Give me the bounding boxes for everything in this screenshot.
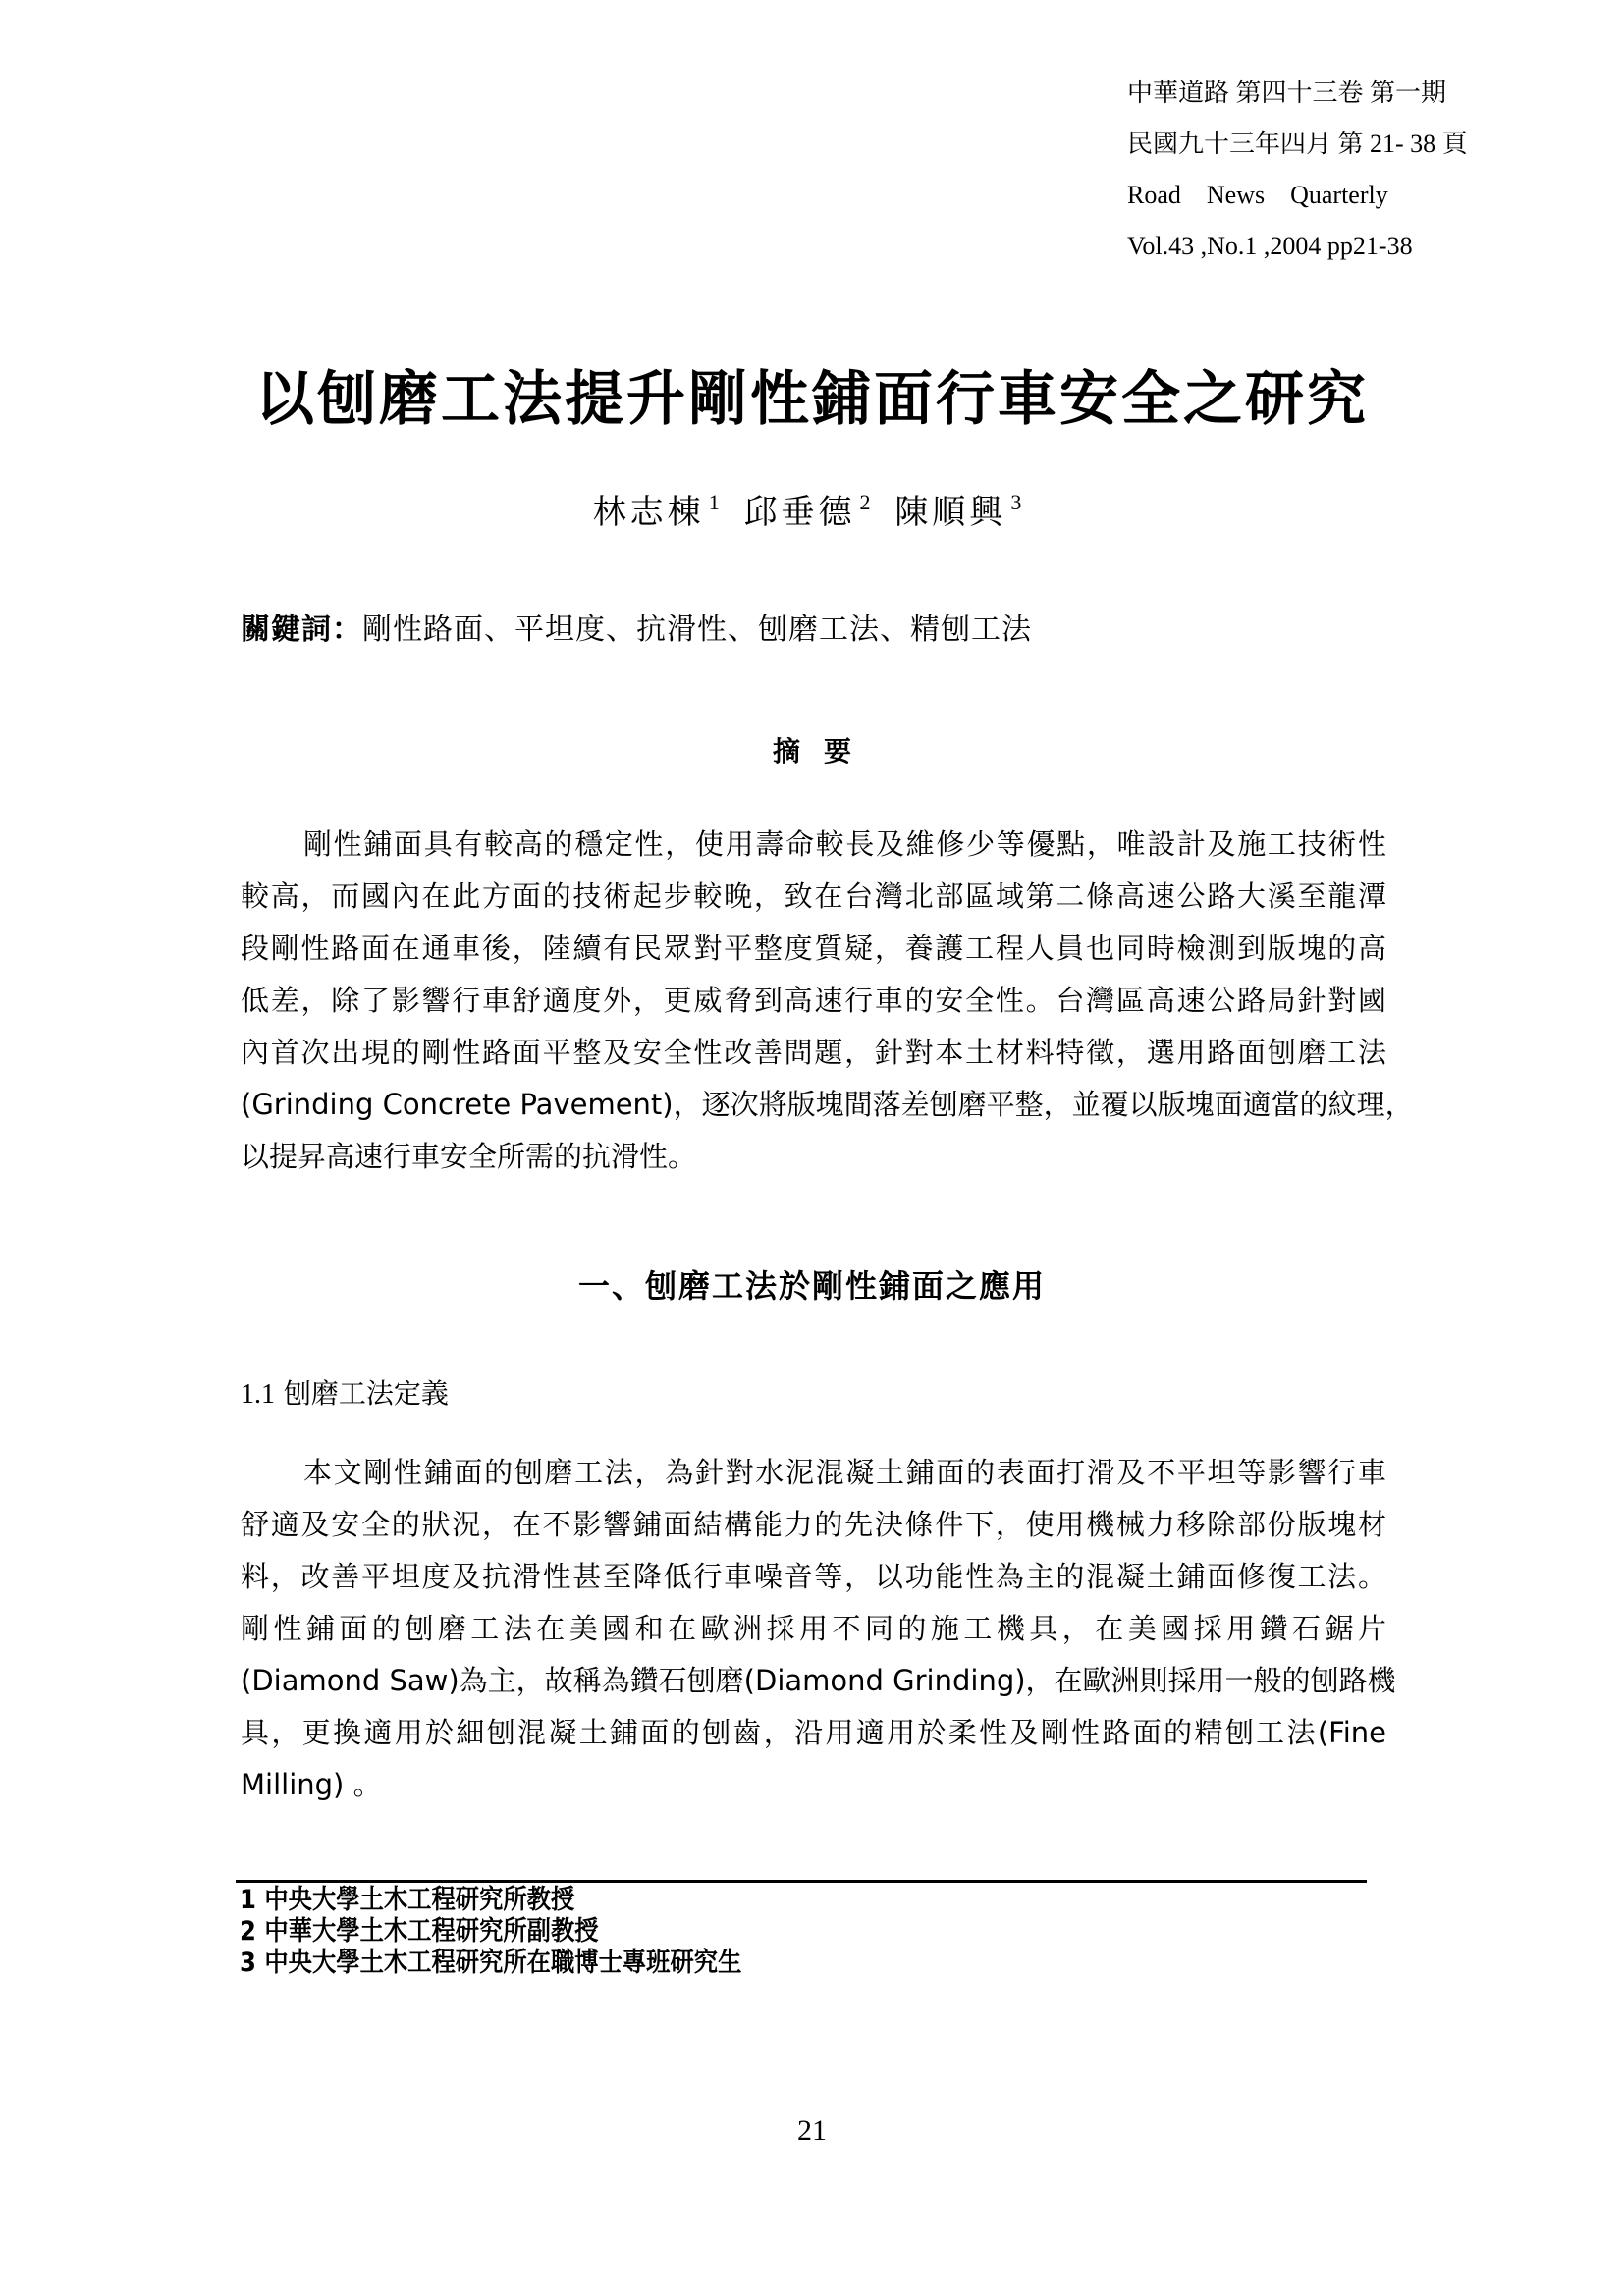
text-line: 較高，而國內在此方面的技術起步較晚，致在台灣北部區域第二條高速公路大溪至龍潭: [241, 871, 1386, 923]
journal-name-volume: 中華道路 第四十三卷 第一期: [1127, 79, 1540, 108]
author-name: 陳順興: [894, 493, 1006, 532]
text-line: 內首次出現的剛性路面平整及安全性改善問題，針對本土材料特徵，選用路面刨磨工法: [241, 1027, 1386, 1079]
affiliation-mark: 1: [709, 490, 720, 514]
author-list: 林志棟1 邱垂德2 陳順興3: [0, 491, 1624, 534]
journal-header: 中華道路 第四十三卷 第一期 民國九十三年四月 第 21- 38 頁 Road …: [1127, 79, 1540, 283]
text-line: (Grinding Concrete Pavement)，逐次將版塊間落差刨磨平…: [241, 1079, 1386, 1131]
text-line: 具，更換適用於細刨混凝土鋪面的刨齒，沿用適用於柔性及剛性路面的精刨工法(Fine: [241, 1707, 1386, 1759]
text-line: 剛性鋪面的刨磨工法在美國和在歐洲採用不同的施工機具，在美國採用鑽石鋸片: [241, 1603, 1386, 1655]
keywords: 關鍵詞：剛性路面、平坦度、抗滑性、刨磨工法、精刨工法: [241, 611, 1032, 650]
journal-english-name: Road News Quarterly: [1127, 181, 1540, 210]
affiliation-mark: 2: [860, 490, 871, 514]
abstract-heading: 摘要: [0, 734, 1624, 770]
footnote-divider: [236, 1880, 1367, 1883]
footnote: 2 中華大學土木工程研究所副教授: [240, 1916, 741, 1948]
author-name: 邱垂德: [744, 493, 856, 532]
subsection-number: 1.1: [241, 1379, 275, 1410]
keywords-text: 剛性路面、平坦度、抗滑性、刨磨工法、精刨工法: [362, 613, 1032, 647]
text-line: 以提昇高速行車安全所需的抗滑性。: [241, 1131, 1386, 1183]
journal-citation: Vol.43 ,No.1 ,2004 pp21-38: [1127, 232, 1540, 261]
section-heading: 一、刨磨工法於剛性鋪面之應用: [0, 1264, 1624, 1308]
text-line: Milling) 。: [241, 1759, 1386, 1811]
footnotes: 1 中央大學土木工程研究所教授 2 中華大學土木工程研究所副教授 3 中央大學土…: [240, 1885, 797, 1979]
page-number: 21: [0, 2113, 1624, 2149]
author-name: 林志棟: [593, 493, 705, 532]
abstract-body: 剛性鋪面具有較高的穩定性，使用壽命較長及維修少等優點，唯設計及施工技術性 較高，…: [241, 819, 1386, 1183]
subsection-title: 刨磨工法定義: [284, 1377, 449, 1410]
text-line: (Diamond Saw)為主，故稱為鑽石刨磨(Diamond Grinding…: [241, 1655, 1386, 1707]
section-body: 本文剛性鋪面的刨磨工法，為針對水泥混凝土鋪面的表面打滑及不平坦等影響行車 舒適及…: [241, 1447, 1386, 1811]
text-line: 本文剛性鋪面的刨磨工法，為針對水泥混凝土鋪面的表面打滑及不平坦等影響行車: [241, 1447, 1386, 1499]
keywords-label: 關鍵詞：: [241, 613, 362, 647]
paper-title: 以刨磨工法提升剛性鋪面行車安全之研究: [0, 365, 1624, 434]
subsection-heading: 1.1 刨磨工法定義: [241, 1374, 449, 1415]
text-line: 低差，除了影響行車舒適度外，更威脅到高速行車的安全性。台灣區高速公路局針對國: [241, 975, 1386, 1027]
text-line: 料，改善平坦度及抗滑性甚至降低行車噪音等，以功能性為主的混凝土鋪面修復工法。: [241, 1551, 1386, 1603]
affiliation-mark: 3: [1010, 490, 1021, 514]
text-line: 剛性鋪面具有較高的穩定性，使用壽命較長及維修少等優點，唯設計及施工技術性: [241, 819, 1386, 871]
footnote: 1 中央大學土木工程研究所教授: [240, 1885, 741, 1916]
footnote: 3 中央大學土木工程研究所在職博士專班研究生: [240, 1948, 741, 1979]
journal-date-pages: 民國九十三年四月 第 21- 38 頁: [1127, 130, 1540, 159]
text-line: 段剛性路面在通車後，陸續有民眾對平整度質疑，養護工程人員也同時檢測到版塊的高: [241, 923, 1386, 975]
text-line: 舒適及安全的狀況，在不影響鋪面結構能力的先決條件下，使用機械力移除部份版塊材: [241, 1499, 1386, 1551]
paper-page: 中華道路 第四十三卷 第一期 民國九十三年四月 第 21- 38 頁 Road …: [0, 0, 1624, 2296]
